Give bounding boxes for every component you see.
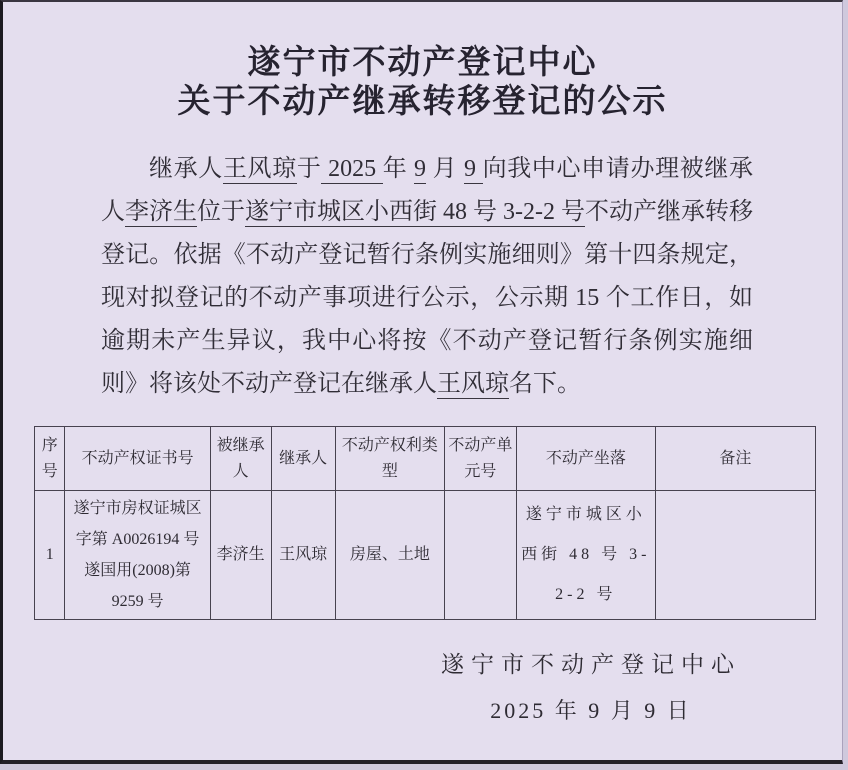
table-header-cell: 备注	[655, 427, 815, 491]
table-header-cell: 不动产权证书号	[65, 427, 210, 491]
table-cell	[655, 491, 815, 620]
signature-org: 遂宁市不动产登记中心	[441, 650, 741, 680]
table-cell	[444, 491, 516, 620]
signature-date: 2025 年 9 月 9 日	[441, 697, 741, 725]
table-cell: 房屋、土地	[335, 491, 444, 620]
table-cell: 李济生	[210, 491, 271, 620]
table-header-cell: 不动产权利类型	[335, 427, 444, 491]
table-header-row: 序号不动产权证书号被继承人继承人不动产权利类型不动产单元号不动产坐落备注	[35, 427, 816, 491]
table-header-cell: 被继承人	[210, 427, 271, 491]
paragraph-segment: 名下。	[509, 371, 581, 397]
paragraph-segment: 不动产继承转移登记。依据《不动产登记暂行条例实施细则》第十四条规定，现对拟登记的…	[101, 199, 753, 397]
table-cell: 遂宁市城区小西街 48 号 3-2-2 号	[516, 491, 655, 620]
notice-title-line1: 遂宁市不动产登记中心	[248, 43, 598, 80]
paragraph-segment-underlined: 2025	[321, 156, 382, 184]
table-cell: 王风琼	[271, 491, 335, 620]
notice-title: 遂宁市不动产登记中心 关于不动产继承转移登记的公示	[3, 42, 842, 120]
paragraph-segment: 位于	[197, 199, 245, 225]
signature-block: 遂宁市不动产登记中心 2025 年 9 月 9 日	[441, 650, 741, 725]
table-header-cell: 序号	[35, 427, 65, 491]
paragraph-segment: 继承人	[149, 156, 223, 182]
table-header-cell: 不动产单元号	[444, 427, 516, 491]
table-cell: 遂宁市房权证城区字第 A0026194 号遂国用(2008)第 9259 号	[65, 491, 210, 620]
table-row: 1遂宁市房权证城区字第 A0026194 号遂国用(2008)第 9259 号李…	[35, 491, 816, 620]
paragraph-segment: 月	[426, 156, 464, 182]
registration-table: 序号不动产权证书号被继承人继承人不动产权利类型不动产单元号不动产坐落备注1遂宁市…	[34, 426, 816, 620]
paragraph-segment-underlined: 遂宁市城区小西街 48 号 3-2-2 号	[245, 199, 585, 227]
paragraph-segment-underlined: 李济生	[125, 199, 197, 227]
notice-paragraph: 继承人王风琼于 2025 年 9 月 9 向我中心申请办理被继承人李济生位于遂宁…	[101, 148, 753, 406]
notice-title-line2: 关于不动产继承转移登记的公示	[178, 82, 668, 119]
table-cell: 1	[35, 491, 65, 620]
table-header-cell: 继承人	[271, 427, 335, 491]
paragraph-segment-underlined: 王风琼	[437, 371, 509, 399]
table-header-cell: 不动产坐落	[516, 427, 655, 491]
notice-document-page: 遂宁市不动产登记中心 关于不动产继承转移登记的公示 继承人王风琼于 2025 年…	[0, 0, 843, 764]
paragraph-segment-underlined: 9	[464, 156, 483, 184]
paragraph-segment-underlined: 9	[414, 156, 426, 184]
paragraph-segment-underlined: 王风琼	[223, 156, 297, 184]
paragraph-segment: 年	[383, 156, 414, 182]
paragraph-segment: 于	[297, 156, 322, 182]
